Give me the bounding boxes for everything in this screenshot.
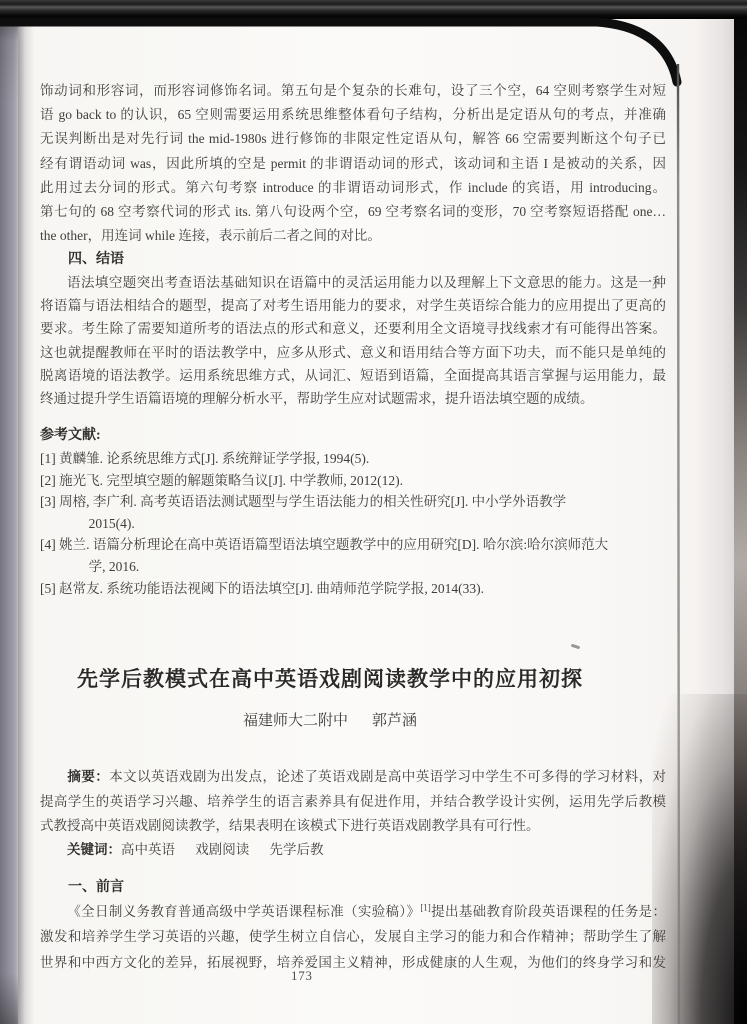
author-name: 郭芦涵	[372, 713, 417, 729]
article-title: 先学后教模式在高中英语戏剧阅读教学中的应用初探	[30, 664, 630, 694]
text-line: 要求。考生除了需要知道所考的语法点的形式和意义，还要利用全文语境寻找线索才有可能…	[40, 317, 666, 340]
section-heading-intro: 一、前言	[40, 876, 666, 900]
keyword: 先学后教	[270, 842, 324, 857]
scanned-page: 饰动词和形容词，而形容词修饰名词。第五句是个复杂的长难句，设了三个空，64 空则…	[0, 0, 747, 1024]
keyword: 戏剧阅读	[195, 842, 249, 857]
body-paragraph-continued: 饰动词和形容词，而形容词修饰名词。第五句是个复杂的长难句，设了三个空，64 空则…	[40, 79, 666, 248]
reference-line: [4] 姚兰. 语篇分析理论在高中英语语篇型语法填空题教学中的应用研究[D]. …	[40, 534, 666, 556]
reference-line: 学, 2016.	[40, 556, 666, 578]
abstract: 摘要：本文以英语戏剧为出发点，论述了英语戏剧是高中英语学习中学生不可多得的学习材…	[40, 765, 666, 839]
abstract-line: 提高学生的英语学习兴趣、培养学生的语言素养具有促进作用，并结合教学设计实例，运用…	[40, 790, 666, 815]
reference-line: [2] 施光飞. 完型填空题的解题策略刍议[J]. 中学教师, 2012(12)…	[40, 470, 666, 492]
intro-text-post: 提出基础教育阶段英语课程的任务是：	[431, 904, 666, 919]
abstract-text: 本文以英语戏剧为出发点，论述了英语戏剧是高中英语学习中学生不可多得的学习材料，对	[109, 769, 666, 784]
text-line: 语法填空题突出考查语法基础知识在语篇中的灵活运用能力以及理解上下文意思的能力。这…	[40, 271, 666, 294]
keywords-line: 关键词：高中英语戏剧阅读先学后教	[40, 838, 666, 862]
author-line: 福建师大二附中郭芦涵	[30, 710, 630, 732]
keywords-label: 关键词：	[67, 842, 121, 857]
text-line: 第七句的 68 空考察代词的形式 its. 第八句设两个空，69 空考察名词的变…	[40, 200, 666, 224]
reference-line: [5] 赵常友. 系统功能语法视阈下的语法填空[J]. 曲靖师范学院学报, 20…	[40, 578, 666, 600]
article-title-text: 先学后教模式在高中英语戏剧阅读教学中的应用初探	[30, 664, 630, 694]
bottom-right-shadow	[652, 694, 747, 1024]
intro-line: 激发和培养学生学习英语的兴趣，使学生树立自信心，发展自主学习的能力和合作精神；帮…	[40, 924, 666, 949]
intro-text-pre: 《全日制义务教育普通高级中学英语课程标准（实验稿）》	[67, 904, 420, 919]
keywords-list: 高中英语戏剧阅读先学后教	[121, 842, 324, 857]
page-number: 173	[272, 968, 332, 984]
abstract-line: 式教授高中英语戏剧阅读教学，结果表明在该模式下进行英语戏剧教学具有可行性。	[40, 814, 666, 839]
references-heading: 参考文献:	[40, 425, 666, 447]
intro-line: 《全日制义务教育普通高级中学英语课程标准（实验稿）》[1]提出基础教育阶段英语课…	[40, 899, 666, 924]
scanner-top-edge	[0, 0, 747, 19]
reference-line: [3] 周榕, 李广利. 高考英语语法测试题型与学生语法能力的相关性研究[J].…	[40, 491, 666, 513]
text-line: 无误判断出是对先行词 the mid-1980s 进行修饰的非限定性定语从句，解…	[40, 127, 666, 151]
intro-paragraph: 《全日制义务教育普通高级中学英语课程标准（实验稿）》[1]提出基础教育阶段英语课…	[40, 899, 666, 975]
abstract-label: 摘要：	[67, 769, 109, 784]
citation-superscript: [1]	[420, 903, 431, 913]
reference-line: 2015(4).	[40, 513, 666, 535]
text-line: 语 go back to 的认识，65 空则需要运用系统思维整体看句子结构，分析…	[40, 103, 666, 127]
text-line: 这也就提醒教师在平时的语法教学中，应多从形式、意义和语用结合等方面下功夫，而不能…	[40, 341, 666, 364]
author-affiliation: 福建师大二附中	[243, 713, 348, 729]
text-line: 脱离语境的语法教学。运用系统思维方式，从词汇、短语到语篇，全面提高其语言掌握与运…	[40, 364, 666, 387]
text-line: 经有谓语动词 was，因此所填的空是 permit 的非谓语动词的形式，该动词和…	[40, 152, 666, 176]
text-line: 此用过去分词的形式。第六句考察 introduce 的非谓语动词形式，作 inc…	[40, 176, 666, 200]
text-line: 终通过提升学生语篇语境的理解分析水平，帮助学生应对试题需求，提升语法填空题的成绩…	[40, 387, 666, 410]
references-list: [1] 黄麟雏. 论系统思维方式[J]. 系统辩证学学报, 1994(5).[2…	[40, 448, 666, 599]
text-line: the other，用连词 while 连接，表示前后二者之间的对比。	[40, 224, 666, 248]
page-left-shadow	[18, 26, 34, 1024]
keywords-row: 关键词：高中英语戏剧阅读先学后教	[40, 838, 666, 862]
reference-line: [1] 黄麟雏. 论系统思维方式[J]. 系统辩证学学报, 1994(5).	[40, 448, 666, 470]
text-line: 将语篇与语法相结合的题型，提高了对考生语用能力的要求，对学生英语综合能力的应用提…	[40, 294, 666, 317]
intro-line: 世界和中西方文化的差异，拓展视野，培养爱国主义精神，形成健康的人生观，为他们的终…	[40, 950, 666, 975]
keyword: 高中英语	[121, 842, 175, 857]
scanner-left-edge	[0, 0, 18, 1024]
abstract-line: 摘要：本文以英语戏剧为出发点，论述了英语戏剧是高中英语学习中学生不可多得的学习材…	[40, 765, 666, 790]
section-heading-conclusion: 四、结语	[40, 248, 666, 272]
conclusion-paragraph: 语法填空题突出考查语法基础知识在语篇中的灵活运用能力以及理解上下文意思的能力。这…	[40, 271, 666, 410]
text-line: 饰动词和形容词，而形容词修饰名词。第五句是个复杂的长难句，设了三个空，64 空则…	[40, 79, 666, 103]
